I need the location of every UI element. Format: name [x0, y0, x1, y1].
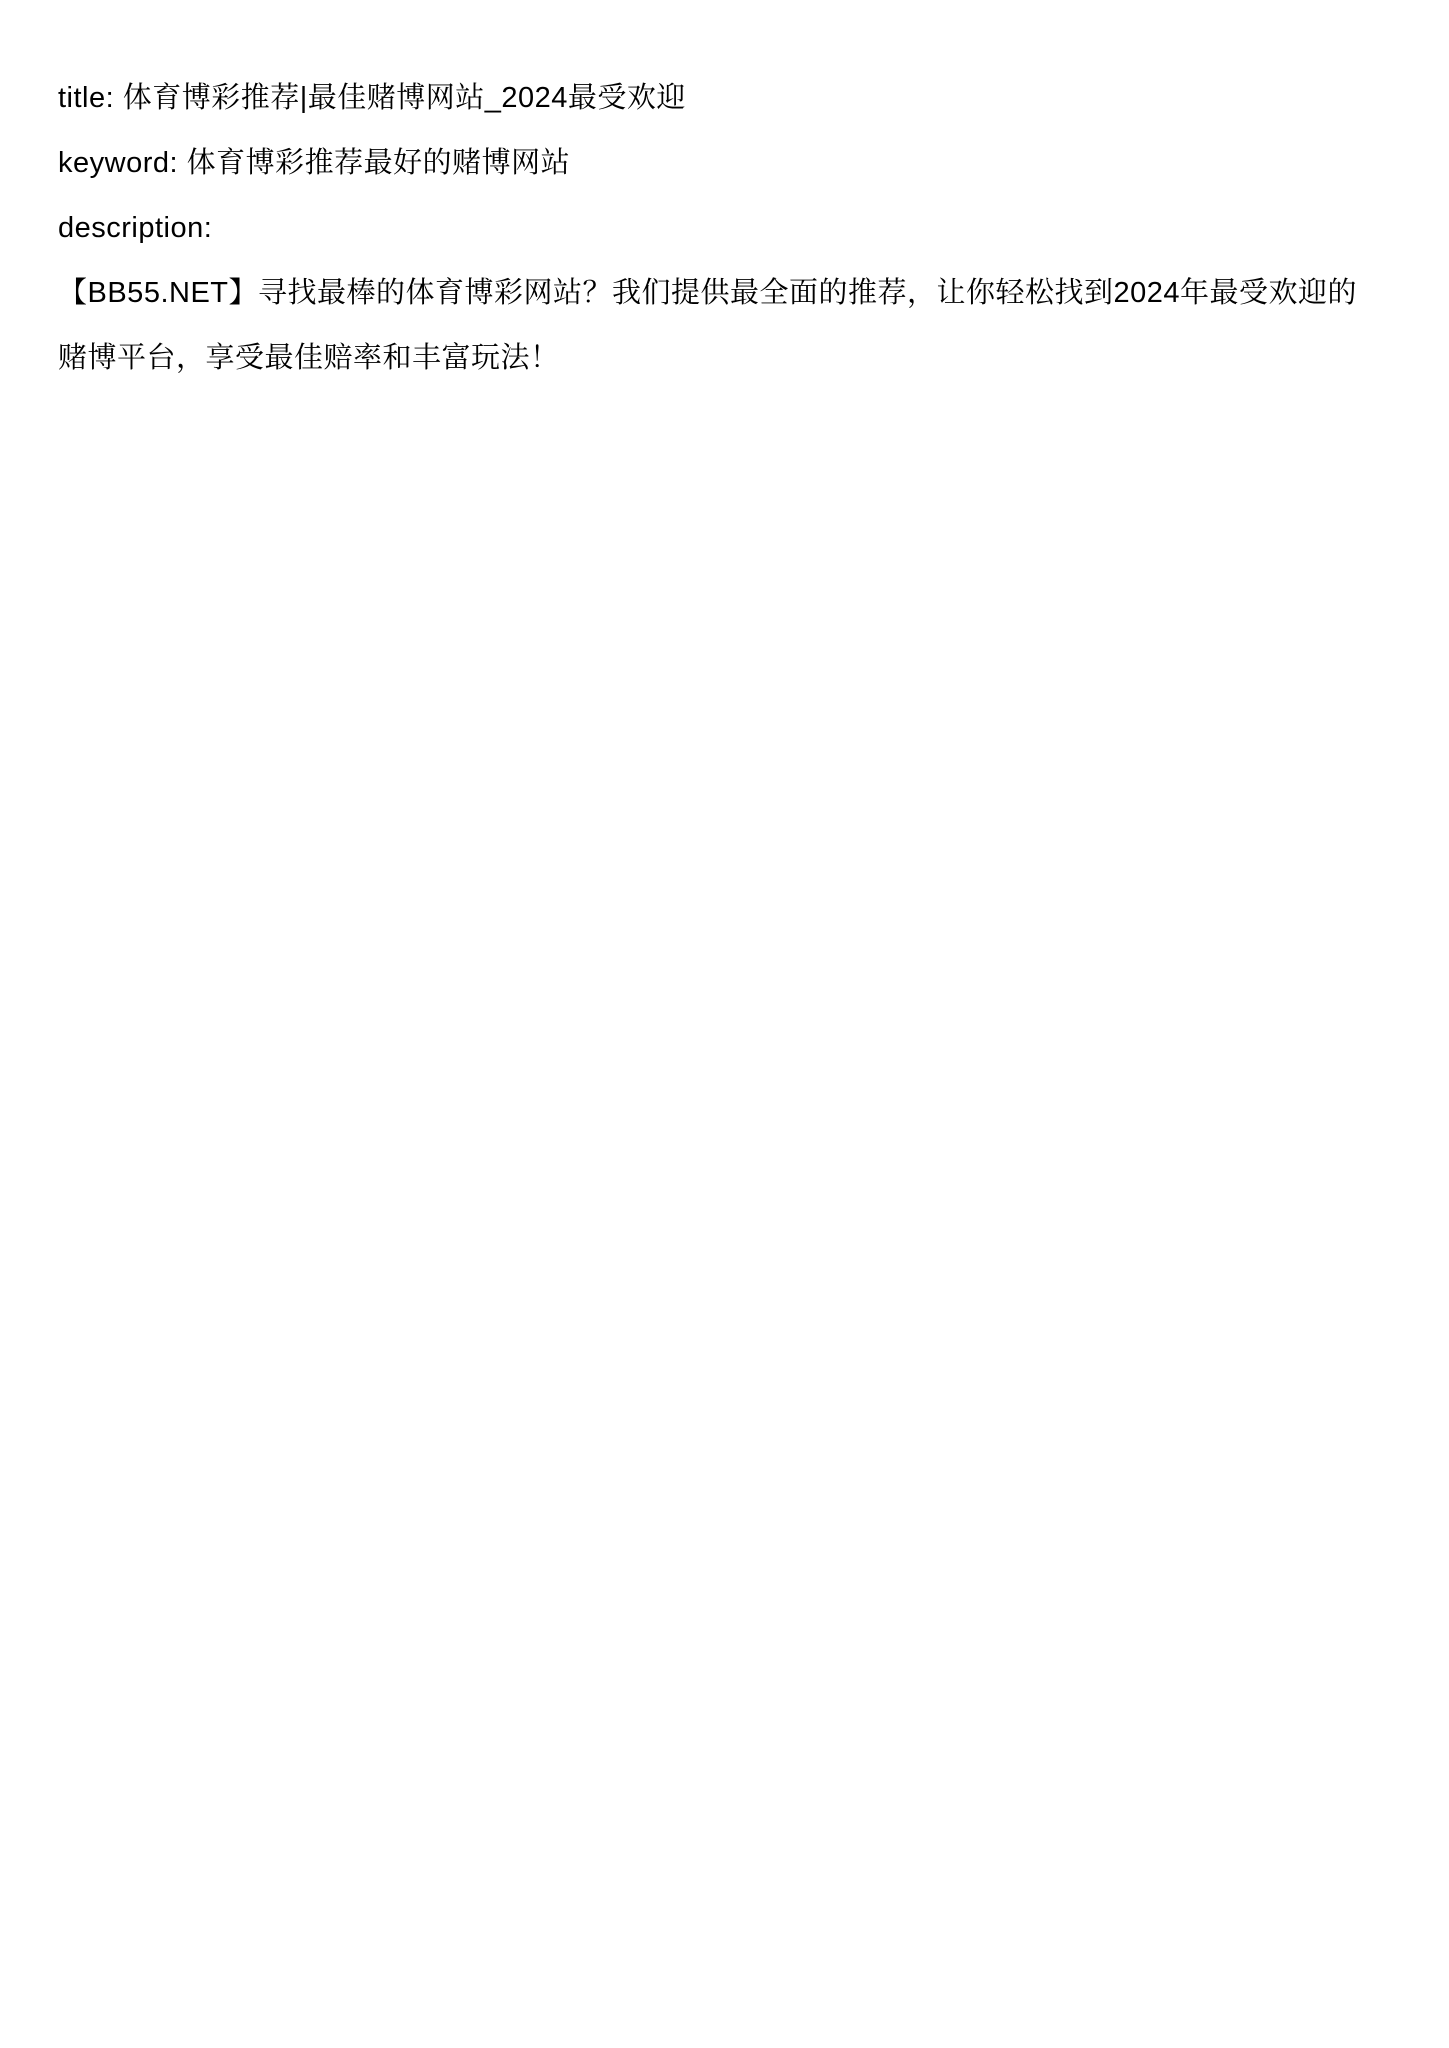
meta-description-label: description: — [58, 196, 1391, 261]
description-text-line-1: 【BB55.NET】寻找最棒的体育博彩网站？我们提供最全面的推荐，让你轻松找到2… — [58, 261, 1391, 326]
description-text-line-2: 赌博平台，享受最佳赔率和丰富玩法！ — [58, 326, 1391, 391]
meta-title-line: title: 体育博彩推荐|最佳赌博网站_2024最受欢迎 — [58, 66, 1391, 131]
meta-keyword-line: keyword: 体育博彩推荐最好的赌博网站 — [58, 131, 1391, 196]
document-page: title: 体育博彩推荐|最佳赌博网站_2024最受欢迎 keyword: 体… — [0, 0, 1449, 2048]
